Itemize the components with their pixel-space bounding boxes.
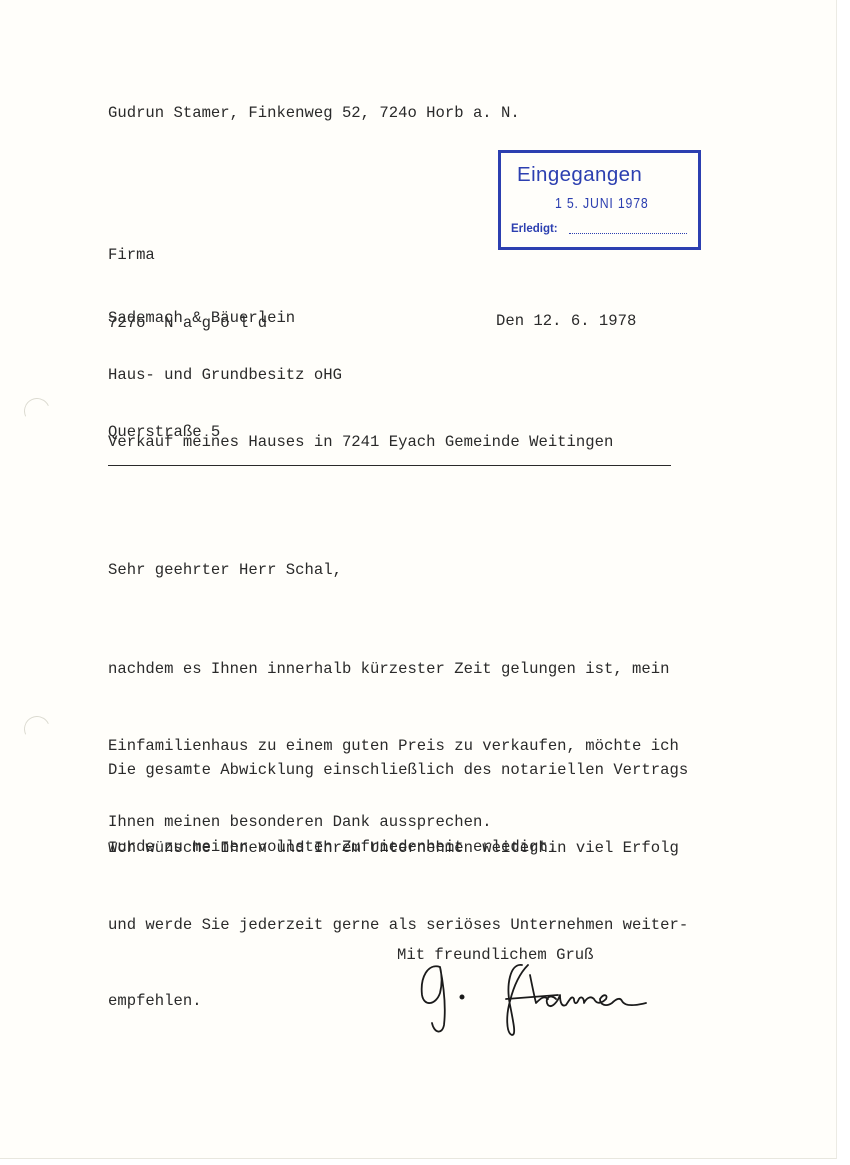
handwritten-signature: G. Stamer <box>410 955 660 1040</box>
letter-page: Gudrun Stamer, Finkenweg 52, 724o Horb a… <box>0 0 837 1159</box>
recipient-line: Haus- und Grundbesitz oHG <box>108 366 342 385</box>
stamp-date: 1 5. JUNI 1978 <box>555 195 649 212</box>
subject-line: Verkauf meines Hauses in 7241 Eyach Geme… <box>108 435 613 451</box>
paragraph-line: Die gesamte Abwicklung einschließlich de… <box>108 758 688 784</box>
stamp-dotted-line <box>569 233 687 234</box>
sender-address: Gudrun Stamer, Finkenweg 52, 724o Horb a… <box>108 106 520 122</box>
paragraph-line: und werde Sie jederzeit gerne als seriös… <box>108 913 688 939</box>
punch-hole <box>20 712 53 745</box>
received-stamp: Eingegangen 1 5. JUNI 1978 Erledigt: <box>498 150 701 250</box>
recipient-line: Firma <box>108 246 342 265</box>
paragraph-line: nachdem es Ihnen innerhalb kürzester Zei… <box>108 657 679 683</box>
paragraph-line: Ich wünsche Ihnen und Ihrem Unternehmen … <box>108 836 688 862</box>
subject-underline <box>108 465 671 466</box>
letter-date: Den 12. 6. 1978 <box>496 314 636 330</box>
salutation: Sehr geehrter Herr Schal, <box>108 563 342 579</box>
recipient-city: 727o N a g o l d <box>108 316 267 332</box>
stamp-title: Eingegangen <box>517 163 642 187</box>
stamp-done-label: Erledigt: <box>511 223 558 235</box>
punch-hole <box>20 394 53 427</box>
